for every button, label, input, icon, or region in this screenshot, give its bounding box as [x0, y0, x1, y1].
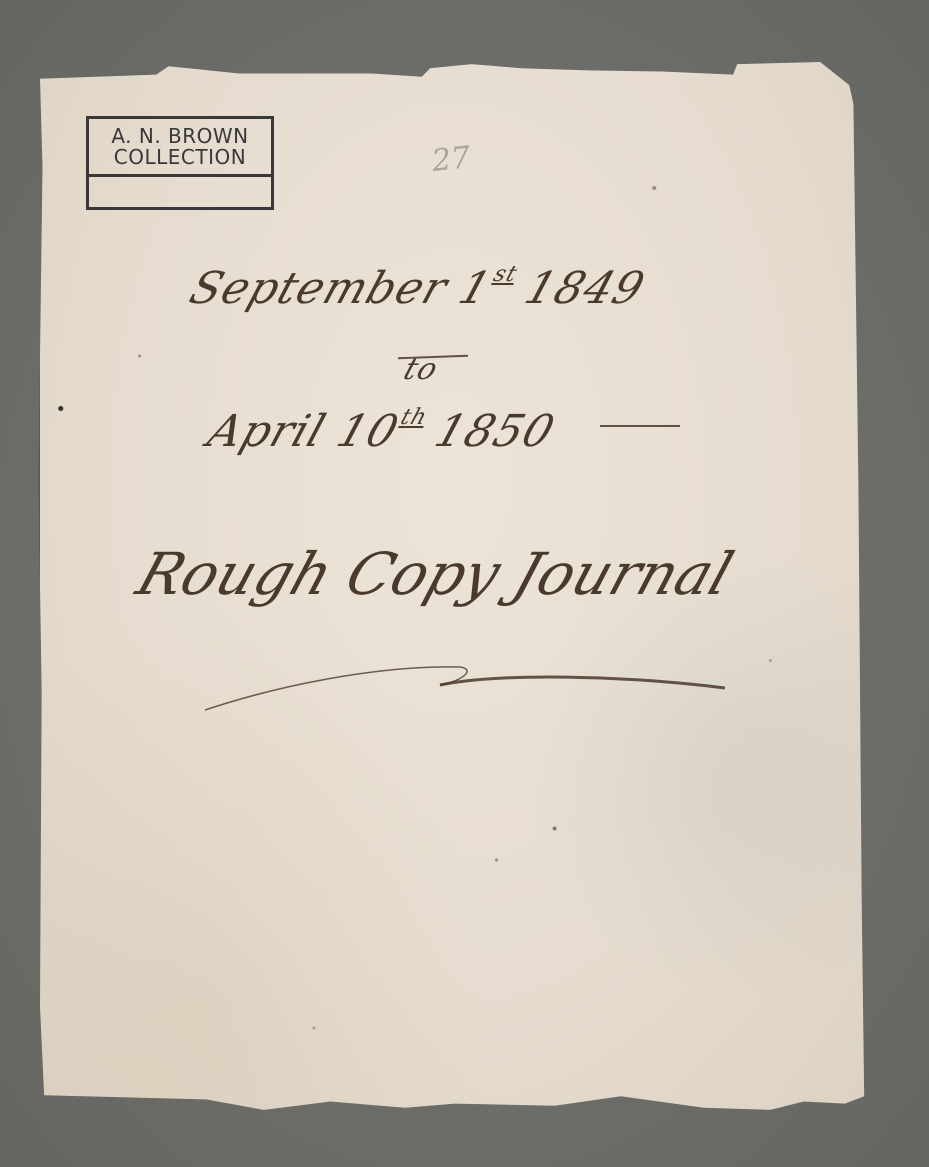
- journal-title: Rough Copy Journal: [129, 540, 741, 608]
- stamp-blank-field: [89, 177, 271, 210]
- start-day: 1: [453, 263, 499, 314]
- start-month: September: [184, 263, 455, 314]
- collection-stamp: A. N. BROWN COLLECTION: [86, 116, 274, 210]
- underline-flourish: [200, 655, 740, 725]
- end-date-trailing-stroke: [600, 425, 680, 427]
- start-date: September 1st 1849: [184, 262, 652, 314]
- end-year: 1850: [429, 406, 562, 457]
- end-month: April: [202, 406, 333, 457]
- stamp-line-2: COLLECTION: [114, 147, 246, 168]
- stamp-text-area: A. N. BROWN COLLECTION: [89, 119, 271, 177]
- end-date: April 10th 1850: [202, 405, 562, 457]
- start-year: 1849: [519, 263, 652, 314]
- pencil-catalog-mark: 27: [430, 140, 472, 179]
- end-day: 10: [331, 406, 406, 457]
- stamp-line-1: A. N. BROWN: [111, 126, 248, 147]
